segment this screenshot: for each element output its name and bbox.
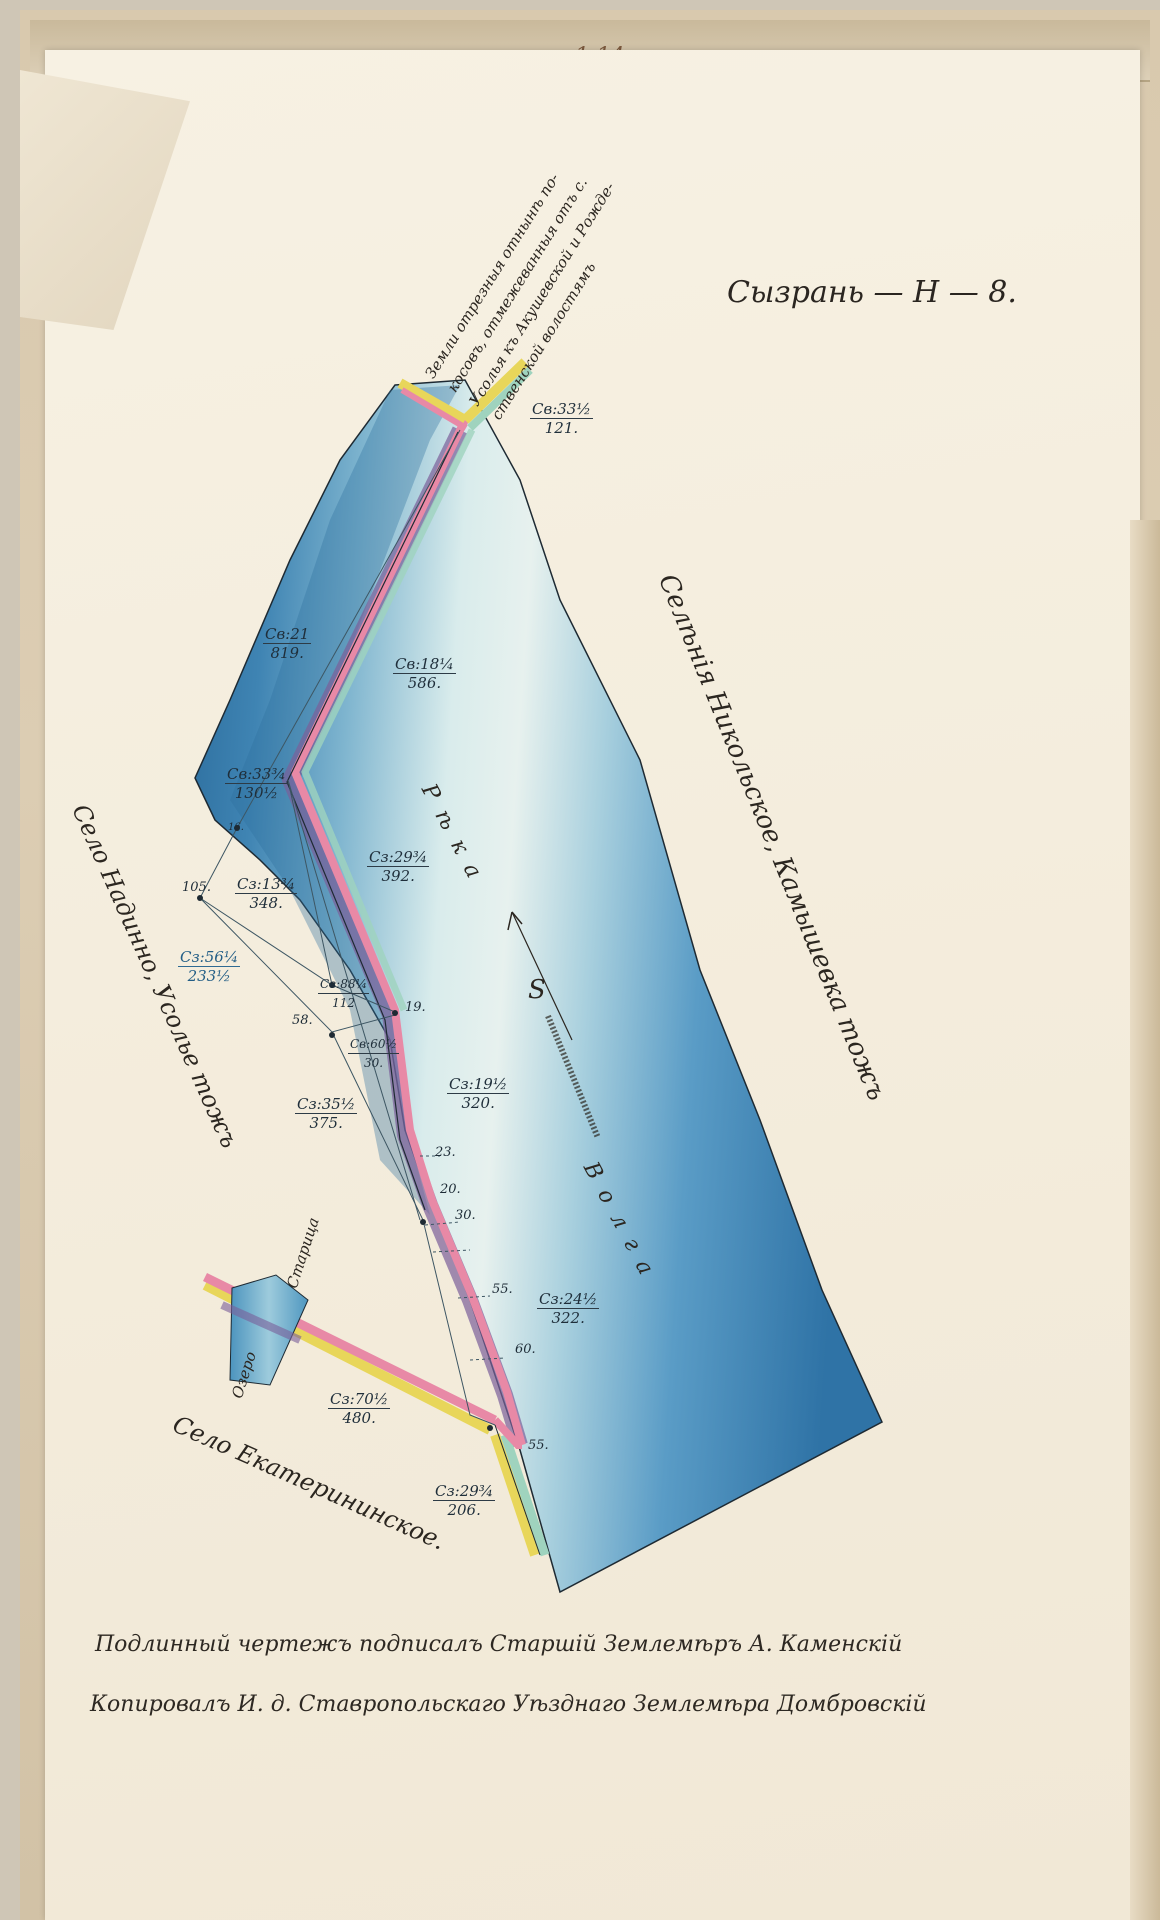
- area-label: Сз:35½375.: [295, 1095, 357, 1132]
- survey-point-label: 55.: [528, 1438, 549, 1453]
- area-label: Сз:24½322.: [537, 1290, 599, 1327]
- survey-point-label: 58.: [292, 1013, 313, 1028]
- area-label: Св:33¾130½: [225, 765, 288, 802]
- area-label: Св:33½121.: [530, 400, 593, 437]
- survey-point-label: 105.: [182, 880, 211, 895]
- area-label: Сз:56¼233½: [178, 948, 240, 985]
- survey-point-label: 30.: [455, 1208, 476, 1223]
- area-label: Сз:70½480.: [328, 1390, 390, 1427]
- survey-point-label: 16.: [228, 822, 244, 833]
- lake-oxbow: [222, 1275, 308, 1385]
- area-label: Сз:13¾348.: [235, 875, 297, 912]
- area-label: Св:18¼586.: [393, 655, 456, 692]
- area-label: Сз:29¾392.: [367, 848, 429, 885]
- survey-point-label: 23.: [435, 1145, 456, 1160]
- survey-point-label: 55.: [492, 1282, 513, 1297]
- survey-point-label: 60.: [515, 1342, 536, 1357]
- area-label: Сз:29¾206.: [433, 1482, 495, 1519]
- area-label: Св:88¼112: [318, 975, 369, 1012]
- area-label: Св:60½30.: [348, 1035, 399, 1072]
- area-label: Св:21819.: [263, 625, 311, 662]
- survey-point-label: 20.: [440, 1182, 461, 1197]
- footer-signature-original: Подлинный чертежъ подписалъ Старшiй Земл…: [95, 1632, 902, 1657]
- area-label: Сз:19½320.: [447, 1075, 509, 1112]
- sheet-code: Сызрань — Н — 8.: [727, 275, 1017, 310]
- north-arrow-letter: S: [528, 975, 546, 1005]
- survey-point-label: 19.: [405, 1000, 426, 1015]
- footer-signature-copy: Копировалъ И. д. Ставропольскаго Уѣзднаг…: [90, 1692, 927, 1717]
